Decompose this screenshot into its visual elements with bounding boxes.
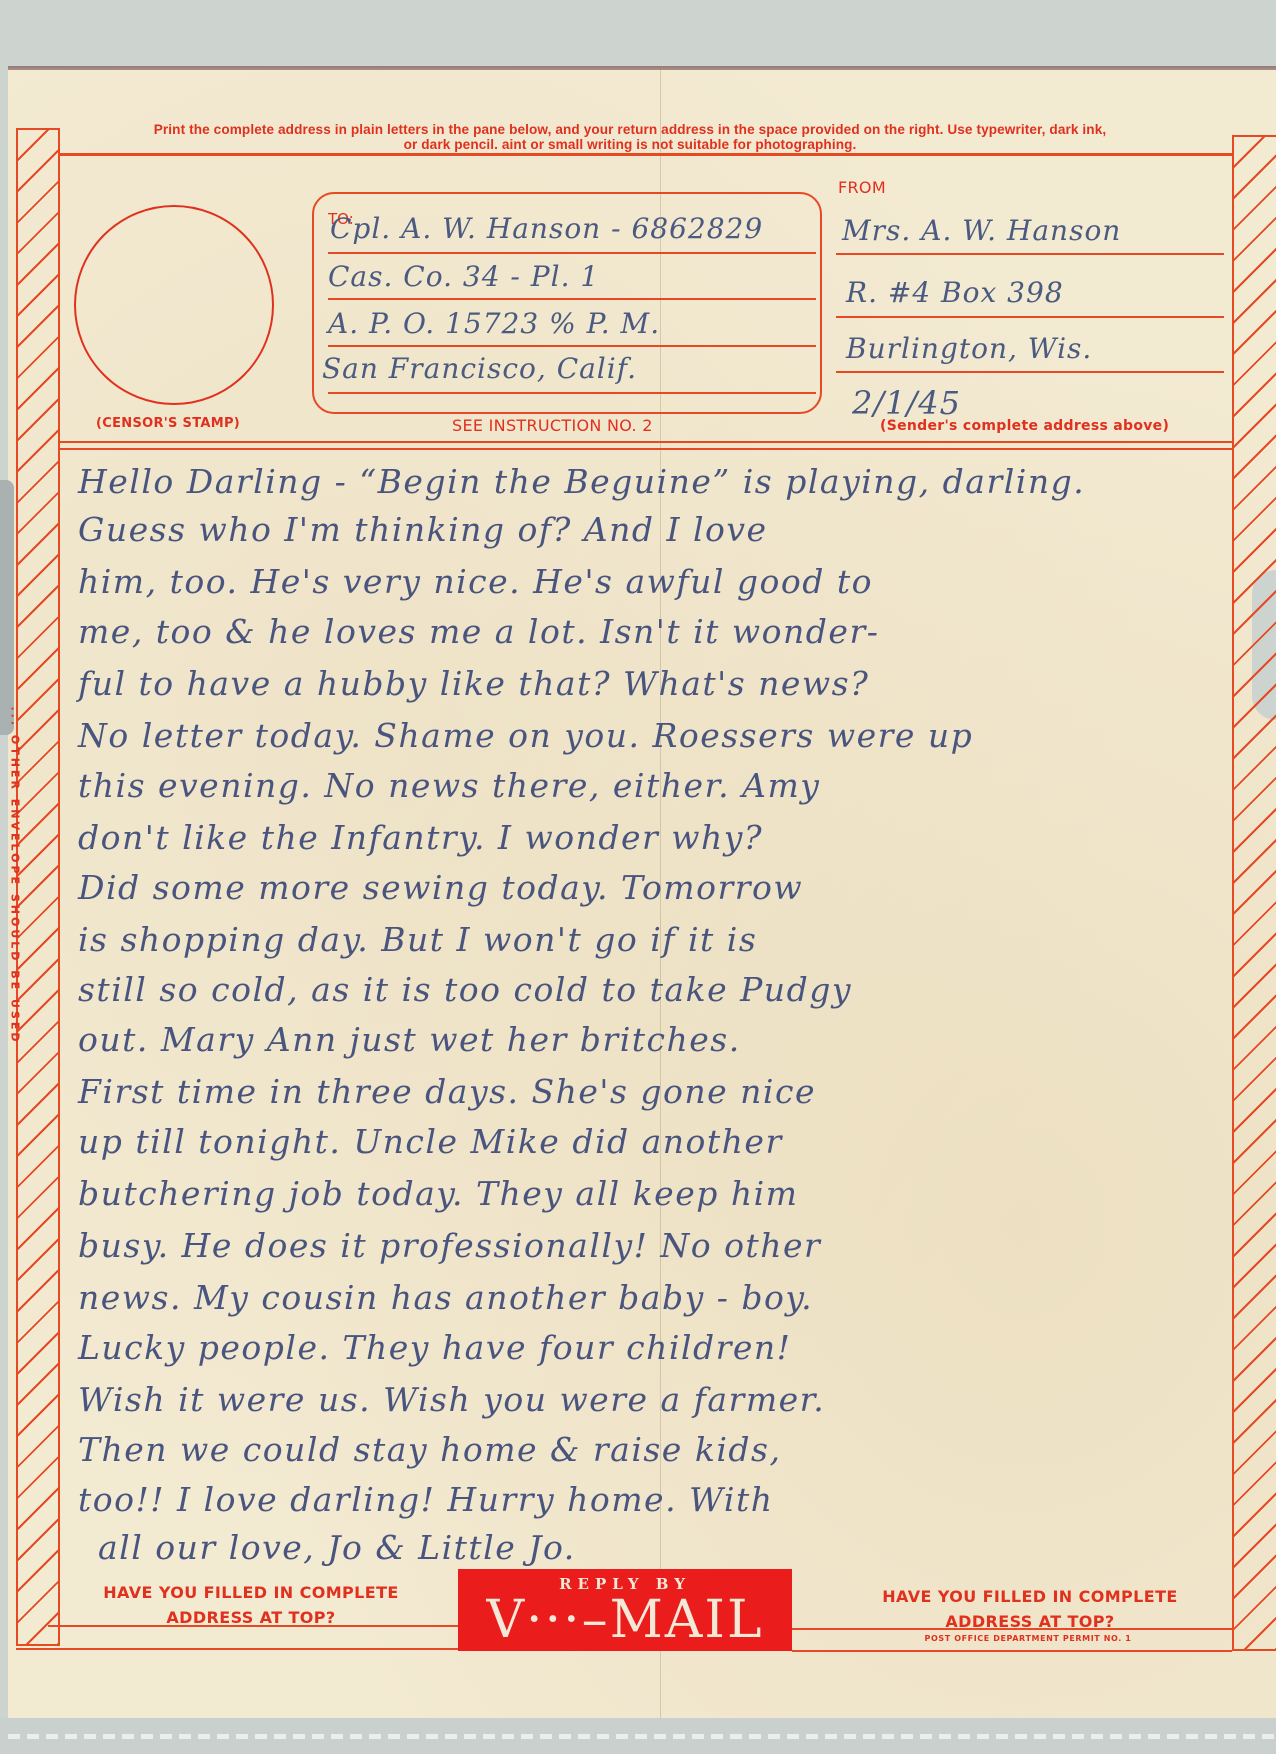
to-line-rule — [328, 298, 816, 300]
letter-line: busy. He does it professionally! No othe… — [78, 1226, 1228, 1265]
bottom-rule-right — [792, 1628, 1232, 1630]
bottom-rule-left — [48, 1625, 460, 1627]
to-address-line: San Francisco, Calif. — [322, 352, 637, 385]
to-line-rule — [328, 345, 816, 347]
letter-line: butchering job today. They all keep him — [78, 1174, 1228, 1213]
from-line-rule — [836, 371, 1224, 373]
letter-line: is shopping day. But I won't go if it is — [78, 920, 1228, 959]
letter-line: Then we could stay home & raise kids, — [78, 1430, 1228, 1469]
bottom-rule-left — [16, 1648, 460, 1650]
side-instruction-text: ... OTHER ENVELOPE SHOULD BE USED — [9, 707, 22, 1067]
bottom-rule-right — [792, 1650, 1232, 1652]
from-label: FROM — [838, 178, 886, 197]
from-address-line: Mrs. A. W. Hanson — [842, 214, 1121, 247]
address-instructions: Print the complete address in plain lett… — [150, 122, 1110, 152]
letter-line: this evening. No news there, either. Amy — [78, 766, 1228, 805]
address-reminder-left: HAVE YOU FILLED IN COMPLETE ADDRESS AT T… — [86, 1580, 416, 1630]
to-line-rule — [328, 392, 816, 394]
censor-stamp-label: (CENSOR'S STAMP) — [96, 416, 240, 431]
reminder-line: HAVE YOU FILLED IN COMPLETE — [860, 1584, 1200, 1609]
letter-date: 2/1/45 — [852, 384, 961, 422]
address-reminder-right: HAVE YOU FILLED IN COMPLETE ADDRESS AT T… — [860, 1584, 1200, 1634]
see-instruction-note: SEE INSTRUCTION NO. 2 — [452, 416, 653, 435]
letter-line: too!! I love darling! Hurry home. With — [78, 1480, 1228, 1519]
to-address-line: Cpl. A. W. Hanson - 6862829 — [330, 212, 763, 245]
torn-edge — [0, 480, 14, 735]
sender-address-note: (Sender's complete address above) — [880, 418, 1169, 434]
from-address-line: Burlington, Wis. — [846, 332, 1092, 365]
body-top-rule — [58, 441, 1233, 443]
from-address-line: R. #4 Box 398 — [846, 276, 1064, 309]
letter-line: ful to have a hubby like that? What's ne… — [78, 664, 1228, 703]
letter-line: him, too. He's very nice. He's awful goo… — [78, 562, 1228, 601]
letter-line: news. My cousin has another baby - boy. — [78, 1278, 1228, 1317]
censor-stamp-circle — [74, 205, 274, 405]
letter-line: Did some more sewing today. Tomorrow — [78, 868, 1228, 907]
letter-line: don't like the Infantry. I wonder why? — [78, 818, 1228, 857]
from-line-rule — [836, 253, 1224, 255]
to-address-line: Cas. Co. 34 - Pl. 1 — [328, 260, 599, 293]
top-rule — [58, 153, 1233, 156]
letter-line: No letter today. Shame on you. Roessers … — [78, 716, 1228, 755]
letter-signature: all our love, Jo & Little Jo. — [98, 1528, 1248, 1567]
letter-line: Wish it were us. Wish you were a farmer. — [78, 1380, 1228, 1419]
letter-line: First time in three days. She's gone nic… — [78, 1072, 1228, 1111]
letter-line: up till tonight. Uncle Mike did another — [78, 1122, 1228, 1161]
letter-line: me, too & he loves me a lot. Isn't it wo… — [78, 612, 1228, 651]
paper-top-edge — [8, 66, 1276, 70]
letter-line: still so cold, as it is too cold to take… — [78, 970, 1228, 1009]
letter-line: Guess who I'm thinking of? And I love — [78, 510, 1228, 549]
right-hatched-border — [1232, 135, 1276, 1651]
body-top-rule — [58, 448, 1233, 450]
reply-by-vmail-badge: REPLY BY V···–MAIL — [458, 1569, 792, 1651]
permit-text: POST OFFICE DEPARTMENT PERMIT NO. 1 — [868, 1634, 1188, 1643]
letter-line: Lucky people. They have four children! — [78, 1328, 1228, 1367]
reminder-line: HAVE YOU FILLED IN COMPLETE — [86, 1580, 416, 1605]
sleeve-perforation — [8, 1734, 1276, 1739]
from-line-rule — [836, 316, 1224, 318]
vmail-badge-main: V···–MAIL — [458, 1593, 792, 1647]
reminder-line: ADDRESS AT TOP? — [860, 1609, 1200, 1634]
left-hatched-border — [16, 128, 60, 1646]
letter-line: out. Mary Ann just wet her britches. — [78, 1020, 1228, 1059]
to-address-line: A. P. O. 15723 % P. M. — [328, 307, 660, 340]
letter-line: Hello Darling - “Begin the Beguine” is p… — [78, 462, 1228, 501]
to-line-rule — [328, 252, 816, 254]
